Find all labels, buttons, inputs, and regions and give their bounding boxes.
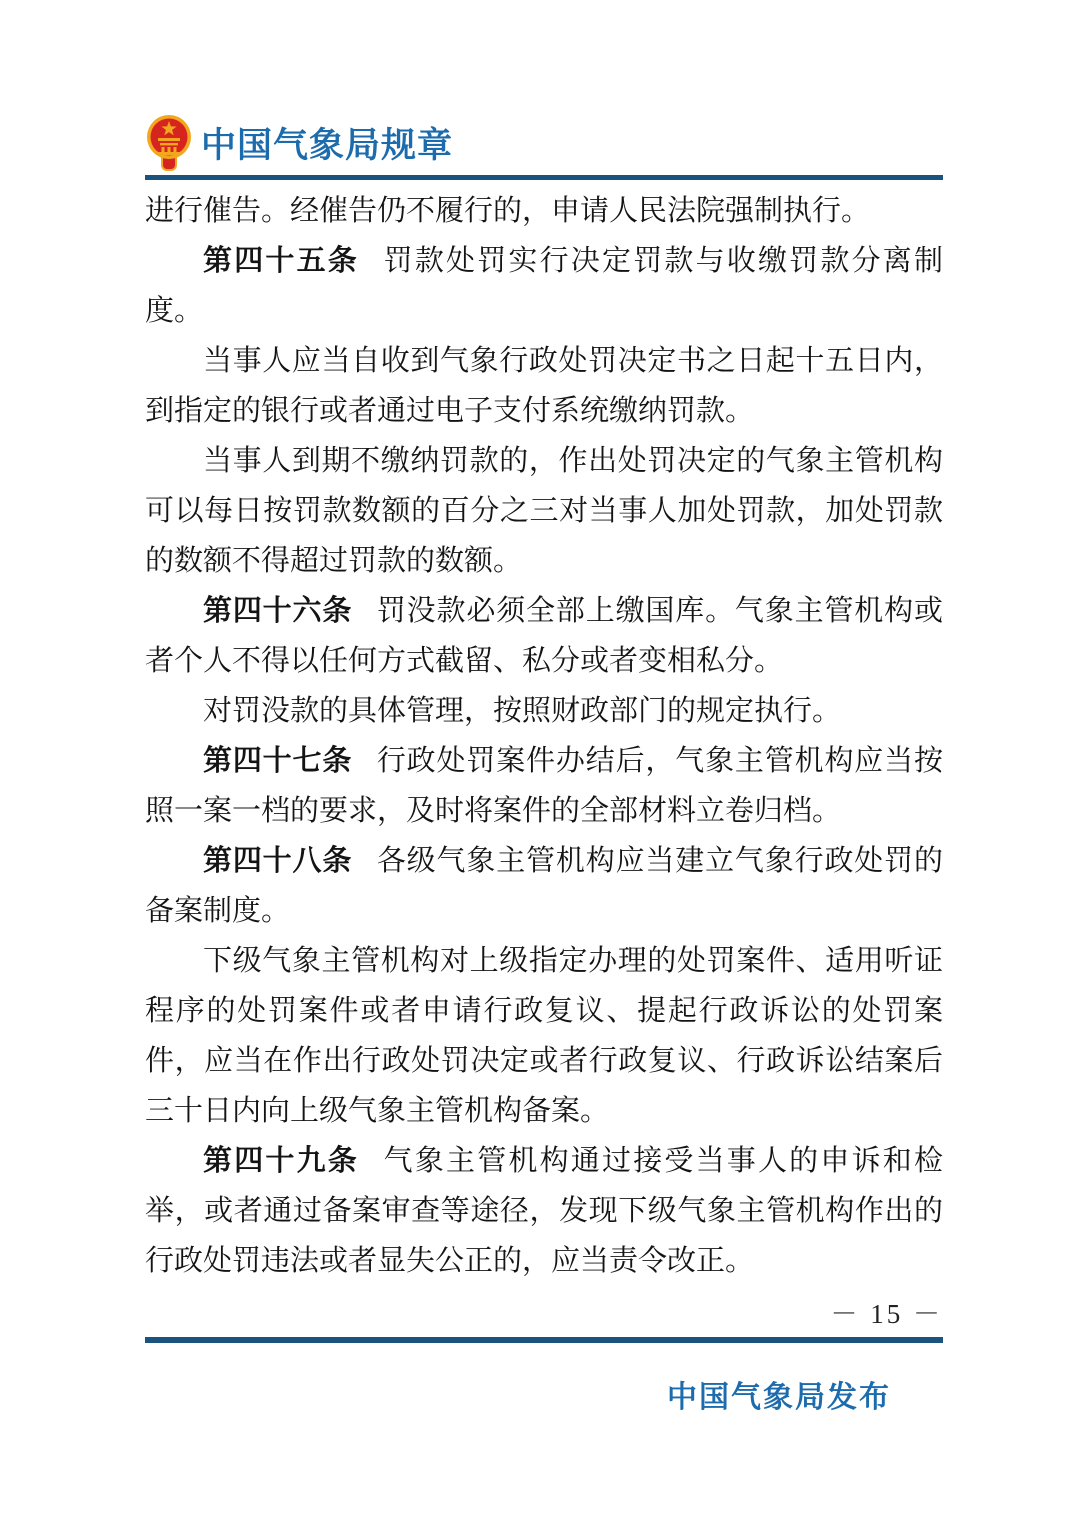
document-body: 进行催告。经催告仍不履行的，申请人民法院强制执行。第四十五条罚款处罚实行决定罚款… (145, 186, 943, 1286)
paragraph: 进行催告。经催告仍不履行的，申请人民法院强制执行。 (145, 186, 943, 236)
page-header: 中国气象局规章 (145, 112, 943, 174)
header-title: 中国气象局规章 (201, 118, 453, 168)
article-number: 第四十五条 (203, 245, 359, 277)
publisher-label: 中国气象局发布 (667, 1381, 891, 1414)
paragraph-text: 当事人到期不缴纳罚款的，作出处罚决定的气象主管机构可以每日按罚款数额的百分之三对… (145, 445, 943, 577)
china-national-emblem-icon (145, 114, 193, 172)
paragraph-text: 对罚没款的具体管理，按照财政部门的规定执行。 (203, 695, 841, 727)
paragraph: 第四十六条罚没款必须全部上缴国库。气象主管机构或者个人不得以任何方式截留、私分或… (145, 586, 943, 686)
paragraph: 第四十八条各级气象主管机构应当建立气象行政处罚的备案制度。 (145, 836, 943, 936)
article-number: 第四十九条 (203, 1145, 359, 1177)
document-page: 中国气象局规章 进行催告。经催告仍不履行的，申请人民法院强制执行。第四十五条罚款… (0, 0, 1074, 1520)
paragraph-text: 进行催告。经催告仍不履行的，申请人民法院强制执行。 (145, 195, 870, 227)
footer-rule (145, 1337, 943, 1343)
page-footer: 中国气象局发布 (145, 1372, 943, 1416)
page-number: － 15 － (831, 1292, 944, 1331)
article-number: 第四十六条 (203, 595, 352, 627)
paragraph-text: 当事人应当自收到气象行政处罚决定书之日起十五日内，到指定的银行或者通过电子支付系… (145, 345, 943, 427)
paragraph: 当事人应当自收到气象行政处罚决定书之日起十五日内，到指定的银行或者通过电子支付系… (145, 336, 943, 436)
article-number: 第四十七条 (203, 745, 352, 777)
article-number: 第四十八条 (203, 845, 352, 877)
paragraph: 第四十九条气象主管机构通过接受当事人的申诉和检举，或者通过备案审查等途径，发现下… (145, 1136, 943, 1286)
paragraph: 当事人到期不缴纳罚款的，作出处罚决定的气象主管机构可以每日按罚款数额的百分之三对… (145, 436, 943, 586)
paragraph-text: 下级气象主管机构对上级指定办理的处罚案件、适用听证程序的处罚案件或者申请行政复议… (145, 945, 943, 1127)
paragraph: 对罚没款的具体管理，按照财政部门的规定执行。 (145, 686, 943, 736)
paragraph: 第四十五条罚款处罚实行决定罚款与收缴罚款分离制度。 (145, 236, 943, 336)
header-rule (145, 175, 943, 180)
paragraph: 第四十七条行政处罚案件办结后，气象主管机构应当按照一案一档的要求，及时将案件的全… (145, 736, 943, 836)
paragraph: 下级气象主管机构对上级指定办理的处罚案件、适用听证程序的处罚案件或者申请行政复议… (145, 936, 943, 1136)
